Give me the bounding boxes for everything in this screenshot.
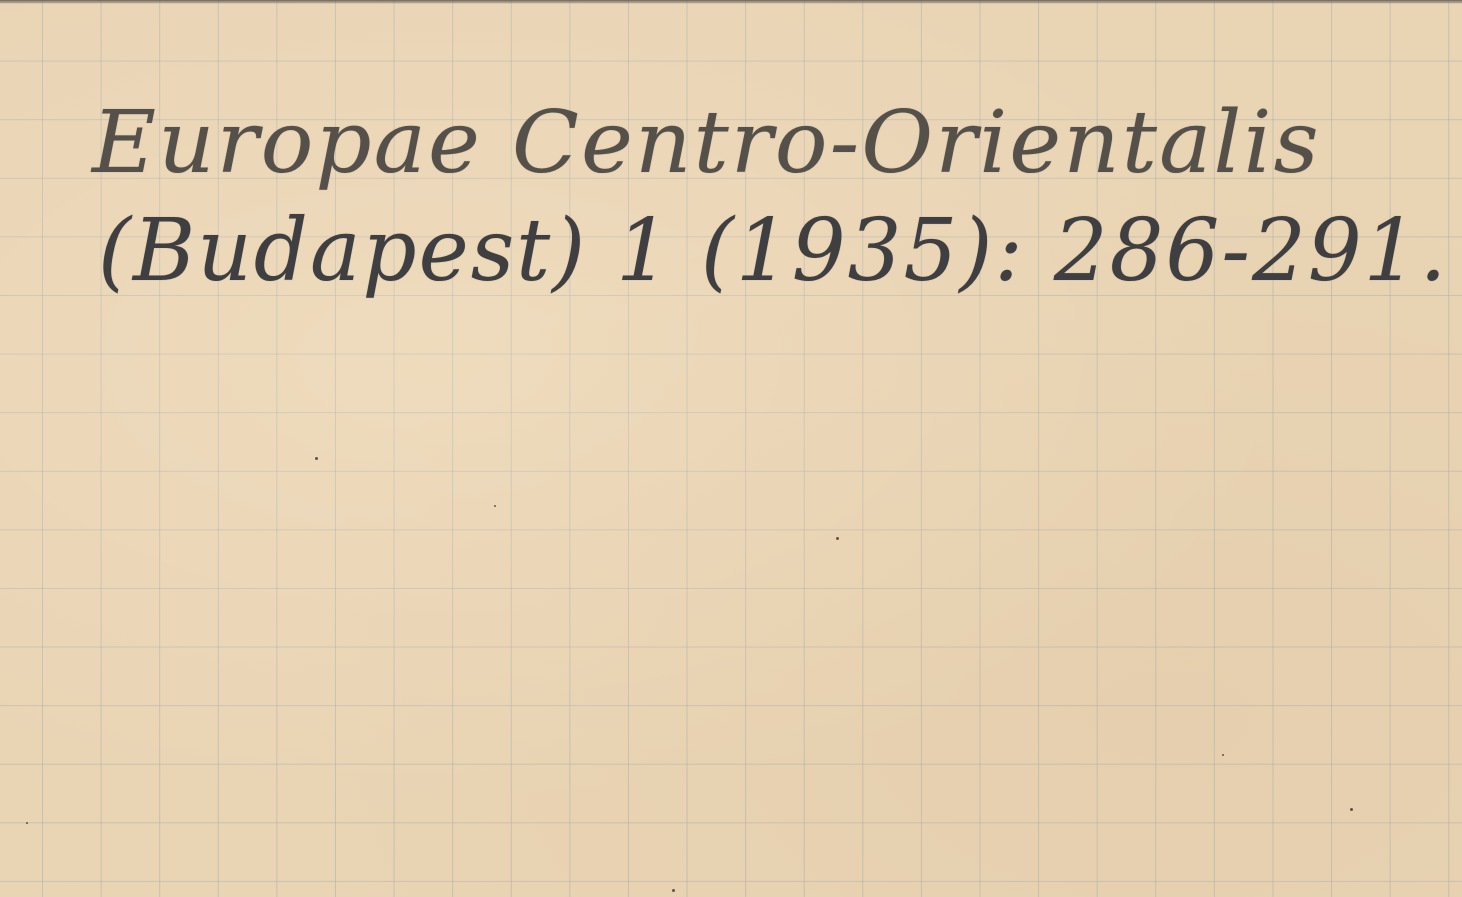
paper-speck [1222, 754, 1224, 756]
paper-speck [672, 889, 675, 892]
paper-speck [494, 505, 496, 507]
paper-speck [1350, 808, 1353, 811]
paper-speck [315, 457, 318, 460]
paper-speck [836, 537, 839, 540]
handwritten-line-journal-title: Europae Centro-Orientalis [92, 88, 1321, 198]
index-card: Europae Centro-Orientalis (Budapest) 1 (… [0, 0, 1462, 897]
handwritten-line-citation: (Budapest) 1 (1935): 286-291. [98, 196, 1448, 306]
card-top-edge-shadow [0, 0, 1462, 4]
paper-speck [26, 822, 28, 824]
